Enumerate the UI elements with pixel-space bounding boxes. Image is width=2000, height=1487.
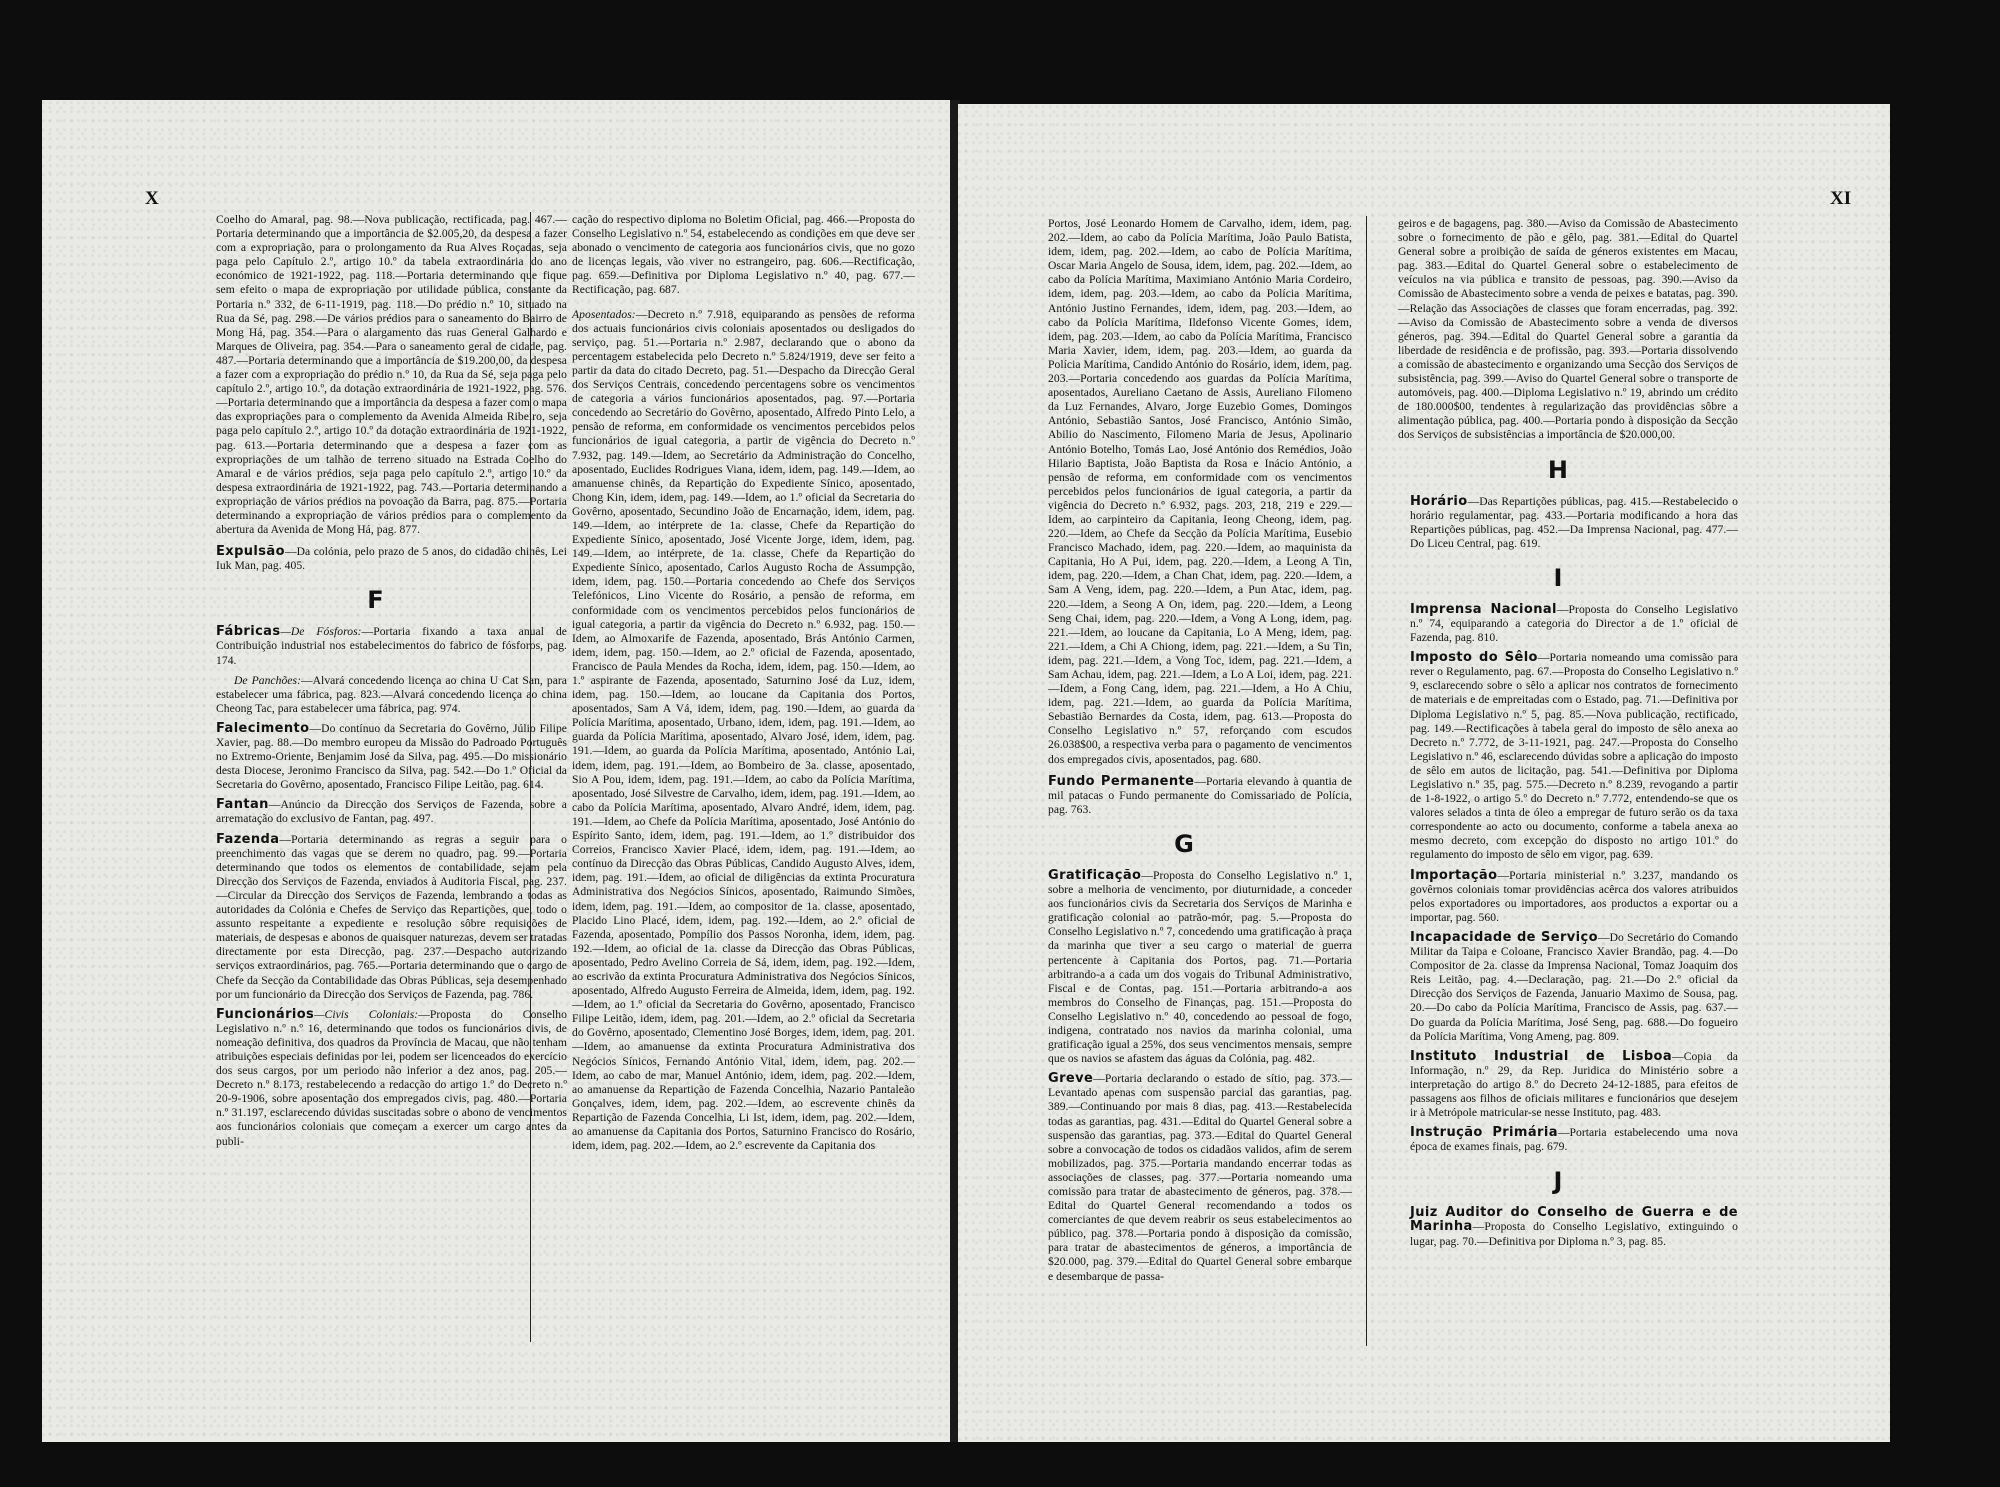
index-entry-funcionarios: Funcionários—Civis Coloniais:—Proposta d…	[184, 1008, 567, 1149]
index-entry-imprensa-nacional: Imprensa Nacional—Proposta do Conselho L…	[1378, 603, 1738, 645]
entry-heading: Fazenda	[216, 832, 279, 847]
column-rule	[1366, 216, 1367, 1346]
entry-subheading: —De Fósforos:	[280, 625, 361, 638]
index-entry-importacao: Importação—Portaria ministerial n.º 3.23…	[1378, 869, 1738, 925]
left-page-column-1: Coelho do Amaral, pag. 98.—Nova publicaç…	[184, 213, 567, 1155]
continuation-text: Portos, José Leonardo Homem de Carvalho,…	[1016, 217, 1352, 767]
index-entry-fundo-permanente: Fundo Permanente—Portaria elevando à qua…	[1016, 775, 1352, 817]
continuation-text: Coelho do Amaral, pag. 98.—Nova publicaç…	[184, 213, 567, 537]
entry-text: —Portaria nomeando uma comissão para rev…	[1410, 651, 1738, 861]
entry-heading: Fundo Permanente	[1048, 774, 1194, 789]
entry-heading: Gratificação	[1048, 868, 1141, 883]
entry-subheading: —Civis Coloniais:	[314, 1008, 418, 1021]
entry-heading: Funcionários	[216, 1007, 314, 1022]
entry-text: —Anúncio da Direcção dos Serviços de Faz…	[216, 798, 567, 825]
index-entry-imposto-do-selo: Imposto do Sêlo—Portaria nomeando uma co…	[1378, 651, 1738, 862]
index-entry-greve: Greve—Portaria declarando o estado de sí…	[1016, 1072, 1352, 1283]
entry-text: —Do Secretário do Comando Militar da Tai…	[1410, 931, 1738, 1043]
page-number-left: X	[145, 188, 159, 210]
entry-heading: Imprensa Nacional	[1410, 602, 1557, 617]
index-entry-juiz-auditor: Juiz Auditor do Conselho de Guerra e de …	[1378, 1206, 1738, 1248]
section-letter-h: H	[1378, 457, 1738, 483]
index-entry-fazenda: Fazenda—Portaria determinando as regras …	[184, 833, 567, 1002]
section-letter-f: F	[184, 587, 567, 613]
entry-text: —Portaria determinando as regras a segui…	[216, 833, 567, 1001]
entry-heading: Instituto Industrial de Lisboa	[1410, 1049, 1672, 1064]
entry-heading: Fábricas	[216, 624, 280, 639]
entry-text: —Proposta do Conselho Legislativo n.º 1,…	[1048, 869, 1352, 1065]
index-entry-instituto-industrial: Instituto Industrial de Lisboa—Copia da …	[1378, 1050, 1738, 1120]
index-subentry-aposentados: Aposentados:—Decreto n.º 7.918, equipara…	[572, 308, 915, 1154]
index-entry-expulsao: Expulsão—Da colónia, pelo prazo de 5 ano…	[184, 545, 567, 573]
entry-text: —Portaria declarando o estado de sítio, …	[1048, 1072, 1352, 1282]
entry-heading: Greve	[1048, 1071, 1093, 1086]
continuation-text: geiros e de bagagens, pag. 380.—Aviso da…	[1378, 217, 1738, 443]
right-page-column-1: Portos, José Leonardo Homem de Carvalho,…	[1016, 217, 1352, 1290]
entry-heading: Falecimento	[216, 721, 310, 736]
entry-heading: Importação	[1410, 868, 1497, 883]
index-entry-fabricas: Fábricas—De Fósforos:—Portaria fixando a…	[184, 625, 567, 667]
section-letter-g: G	[1016, 831, 1352, 857]
left-page: X Coelho do Amaral, pag. 98.—Nova public…	[42, 100, 952, 1442]
index-entry-gratificacao: Gratificação—Proposta do Conselho Legisl…	[1016, 869, 1352, 1066]
entry-heading: Horário	[1410, 494, 1468, 509]
entry-heading: Fantan	[216, 797, 269, 812]
section-letter-j: J	[1378, 1168, 1738, 1194]
index-entry-instrucao-primaria: Instrução Primária—Portaria estabelecend…	[1378, 1126, 1738, 1154]
entry-heading: Instrução Primária	[1410, 1125, 1558, 1140]
index-entry-fantan: Fantan—Anúncio da Direcção dos Serviços …	[184, 798, 567, 826]
index-subentry-panchoes: De Panchões:—Alvará concedendo licença a…	[184, 674, 567, 716]
right-page: XI Portos, José Leonardo Homem de Carval…	[958, 104, 1890, 1442]
continuation-text: cação do respectivo diploma no Boletim O…	[572, 213, 915, 298]
entry-heading: Expulsão	[216, 544, 285, 559]
page-number-right: XI	[1830, 188, 1851, 210]
left-page-column-2: cação do respectivo diploma no Boletim O…	[572, 213, 915, 1153]
column-rule	[530, 212, 531, 1342]
entry-heading: Imposto do Sêlo	[1410, 650, 1538, 665]
index-entry-incapacidade-de-servico: Incapacidade de Serviço—Do Secretário do…	[1378, 931, 1738, 1044]
index-entry-falecimento: Falecimento—Do contínuo da Secretaria do…	[184, 722, 567, 792]
section-letter-i: I	[1378, 565, 1738, 591]
entry-text: —Proposta do Conselho Legislativo n.º n.…	[216, 1008, 567, 1148]
entry-text: —Decreto n.º 7.918, equiparando as pensõ…	[572, 308, 915, 1153]
entry-heading: Incapacidade de Serviço	[1410, 930, 1598, 945]
entry-subheading: Aposentados:	[572, 308, 636, 321]
right-page-column-2: geiros e de bagagens, pag. 380.—Aviso da…	[1378, 217, 1738, 1255]
entry-subheading: De Panchões:	[234, 674, 301, 687]
index-entry-horario: Horário—Das Repartições públicas, pag. 4…	[1378, 495, 1738, 551]
